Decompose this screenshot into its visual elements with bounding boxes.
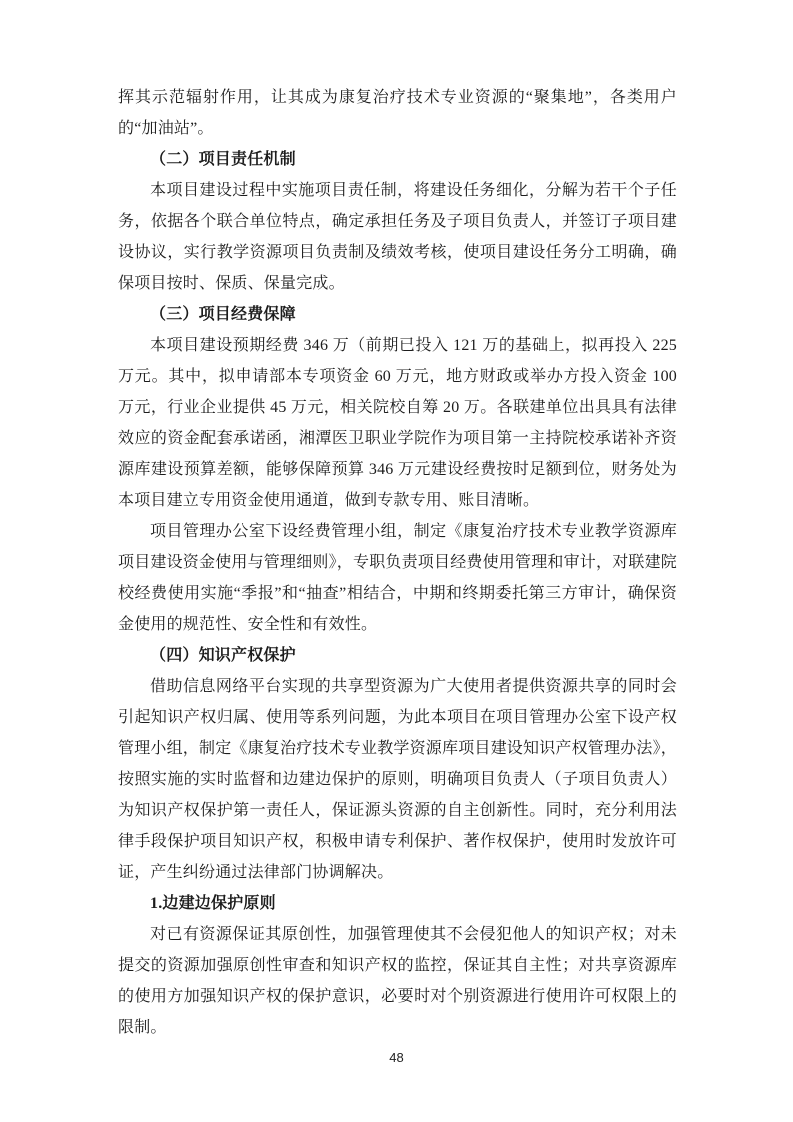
document-page: 挥其示范辐射作用，让其成为康复治疗技术专业资源的“聚集地”，各类用户的“加油站”… xyxy=(0,0,793,1122)
paragraph-funding-budget: 本项目建设预期经费 346 万（前期已投入 121 万的基础上，拟再投入 225… xyxy=(118,330,677,516)
paragraph-radiation-continuation: 挥其示范辐射作用，让其成为康复治疗技术专业资源的“聚集地”，各类用户的“加油站”… xyxy=(118,82,677,144)
section-heading-project-responsibility: （二）项目责任机制 xyxy=(118,144,677,175)
page-number: 48 xyxy=(389,1050,403,1065)
paragraph-responsibility-mechanism: 本项目建设过程中实施项目责任制，将建设任务细化，分解为若干个子任务，依据各个联合… xyxy=(118,175,677,299)
subsection-heading-build-protect-principle: 1.边建边保护原则 xyxy=(118,888,677,919)
page-footer: 48 xyxy=(0,1050,793,1065)
paragraph-build-protect-principle: 对已有资源保证其原创性，加强管理使其不会侵犯他人的知识产权；对未提交的资源加强原… xyxy=(118,919,677,1043)
paragraph-funding-management: 项目管理办公室下设经费管理小组，制定《康复治疗技术专业教学资源库项目建设资金使用… xyxy=(118,516,677,640)
paragraph-ip-protection: 借助信息网络平台实现的共享型资源为广大使用者提供资源共享的同时会引起知识产权归属… xyxy=(118,671,677,888)
document-content: 挥其示范辐射作用，让其成为康复治疗技术专业资源的“聚集地”，各类用户的“加油站”… xyxy=(118,82,677,1043)
section-heading-project-funding: （三）项目经费保障 xyxy=(118,299,677,330)
section-heading-ip-protection: （四）知识产权保护 xyxy=(118,640,677,671)
